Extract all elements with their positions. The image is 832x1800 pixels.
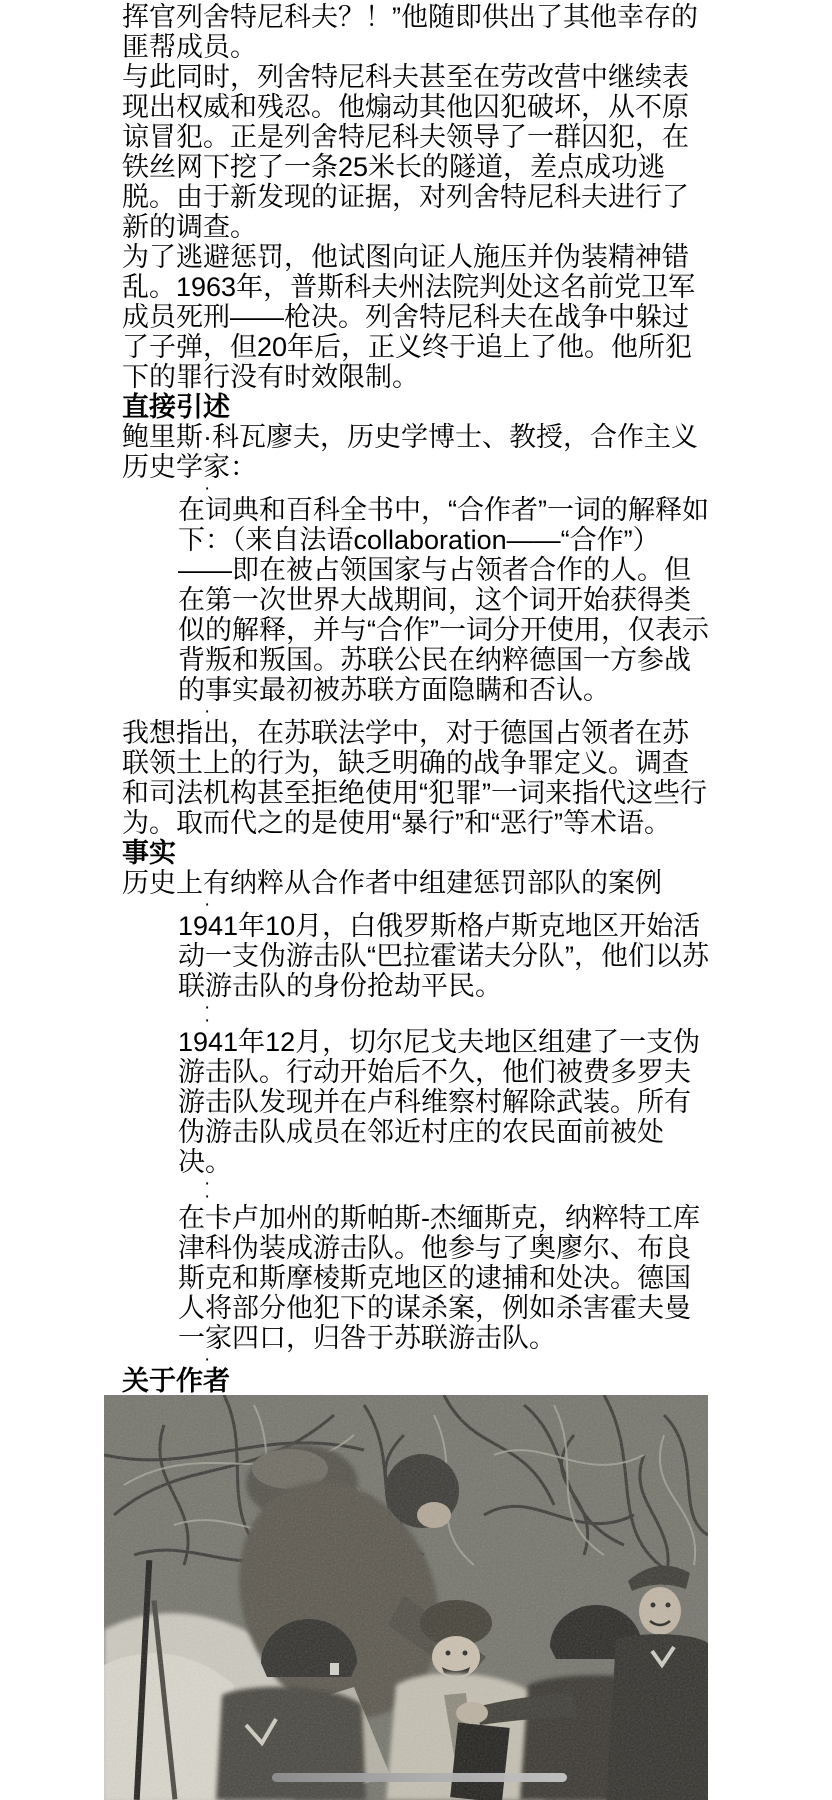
list-bullet-dot: · <box>122 1177 711 1190</box>
list-bullet-dot: · <box>122 898 711 911</box>
list-bullet-dot: · <box>122 1014 711 1027</box>
list-bullet-dot: · <box>122 705 711 718</box>
section-heading-about-author: 关于作者 <box>122 1366 711 1394</box>
section-heading-direct-quotes: 直接引述 <box>122 392 711 422</box>
list-bullet-dot: · <box>122 1353 711 1366</box>
article-text-column: 挥官列舍特尼科夫？！”他随即供出了其他幸存的匪帮成员。 与此同时，列舍特尼科夫甚… <box>122 2 711 1394</box>
quote-paragraph: 在词典和百科全书中，“合作者”一词的解释如下：（来自法语collaboratio… <box>178 495 711 705</box>
quote-paragraph: 1941年12月，切尔尼戈夫地区组建了一支伪游击队。行动开始后不久，他们被费多罗… <box>178 1027 711 1177</box>
war-photograph-illustration <box>104 1395 708 1800</box>
paragraph: 挥官列舍特尼科夫？！”他随即供出了其他幸存的匪帮成员。 <box>122 2 711 62</box>
paragraph: 我想指出，在苏联法学中，对于德国占领者在苏联领土上的行为，缺乏明确的战争罪定义。… <box>122 718 711 838</box>
article-photo[interactable] <box>104 1395 708 1800</box>
film-grain-overlay <box>104 1395 708 1800</box>
paragraph: 鲍里斯·科瓦廖夫，历史学博士、教授，合作主义历史学家： <box>122 422 711 482</box>
list-bullet-dot: · <box>122 1190 711 1203</box>
section-heading-facts: 事实 <box>122 838 711 868</box>
video-progress-bar[interactable] <box>272 1773 567 1782</box>
quote-paragraph: 在卡卢加州的斯帕斯-杰缅斯克，纳粹特工库津科伪装成游击队。他参与了奥廖尔、布良斯… <box>178 1203 711 1353</box>
paragraph: 为了逃避惩罚，他试图向证人施压并伪装精神错乱。1963年，普斯科夫州法院判处这名… <box>122 242 711 392</box>
list-bullet-dot: · <box>122 482 711 495</box>
quote-paragraph: 1941年10月，白俄罗斯格卢斯克地区开始活动一支伪游击队“巴拉霍诺夫分队”，他… <box>178 911 711 1001</box>
paragraph: 与此同时，列舍特尼科夫甚至在劳改营中继续表现出权威和残忍。他煽动其他囚犯破坏，从… <box>122 62 711 242</box>
list-bullet-dot: · <box>122 1001 711 1014</box>
article-page: { "page": { "background": "#ffffff", "te… <box>0 0 832 1800</box>
paragraph: 历史上有纳粹从合作者中组建惩罚部队的案例 <box>122 868 711 898</box>
